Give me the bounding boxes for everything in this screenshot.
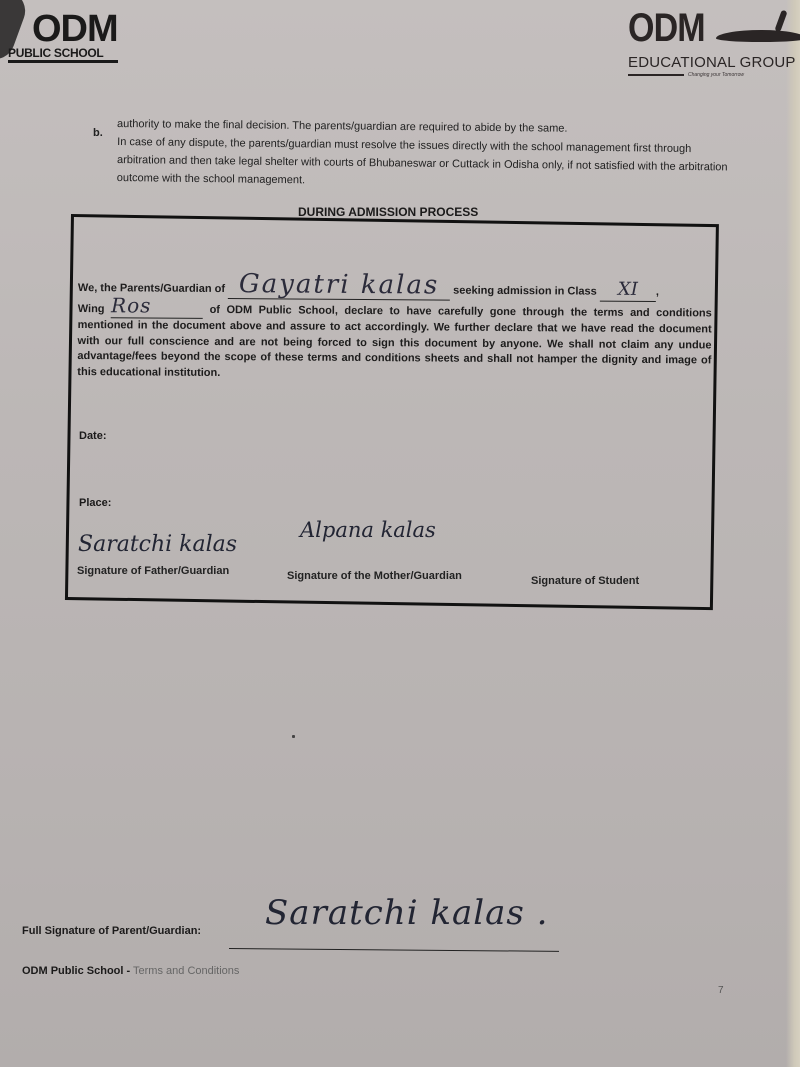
ink-speck bbox=[292, 735, 295, 738]
declaration-text: We, the Parents/Guardian of Gayatri kala… bbox=[77, 276, 712, 384]
place-label: Place: bbox=[79, 497, 111, 509]
term-item-label: b. bbox=[93, 124, 103, 142]
footer: ODM Public School - Terms and Conditions bbox=[22, 965, 239, 977]
full-signature-line bbox=[229, 948, 559, 952]
mother-signature[interactable]: Alpana kalas bbox=[300, 518, 436, 542]
father-signature-label: Signature of Father/Guardian bbox=[77, 565, 229, 577]
odm-public-school-logo: ODM PUBLIC SCHOOL bbox=[2, 12, 118, 63]
term-item-b: In case of any dispute, the parents/guar… bbox=[117, 133, 730, 194]
wing-field[interactable]: Ros bbox=[111, 298, 203, 319]
full-signature[interactable]: Saratchi kalas . bbox=[265, 893, 548, 933]
student-signature-label: Signature of Student bbox=[531, 575, 639, 587]
surfer-icon bbox=[774, 10, 787, 33]
full-signature-label: Full Signature of Parent/Guardian: bbox=[22, 925, 201, 937]
wave-icon bbox=[716, 30, 800, 42]
section-title: DURING ADMISSION PROCESS bbox=[298, 205, 478, 219]
page-number: 7 bbox=[718, 985, 724, 996]
mother-signature-label: Signature of the Mother/Guardian bbox=[287, 570, 462, 582]
class-field[interactable]: XI bbox=[600, 282, 656, 302]
page-edge bbox=[786, 0, 800, 1067]
student-name-field[interactable]: Gayatri kalas bbox=[228, 277, 450, 300]
date-label: Date: bbox=[79, 430, 107, 442]
father-signature[interactable]: Saratchi kalas bbox=[78, 532, 237, 557]
odm-educational-group-logo: ODM EDUCATIONAL GROUP Changing your Tomo… bbox=[628, 8, 800, 78]
